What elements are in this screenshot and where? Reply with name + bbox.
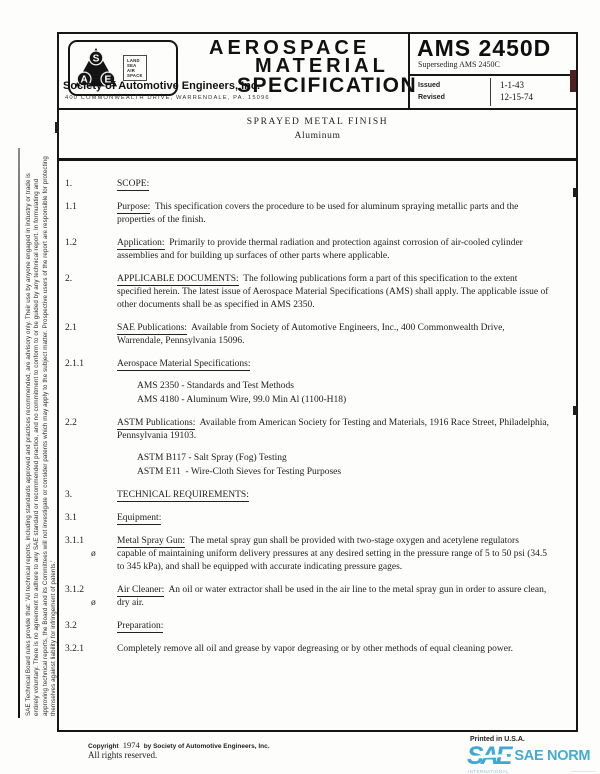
section-heading: Aerospace Material Specifications: [117, 359, 250, 371]
sae-norm-watermark: SAE SAE NORM INTERNATIONAL ————— [467, 744, 597, 774]
section-heading: TECHNICAL REQUIREMENTS: [117, 490, 249, 502]
section-number: 3.2.1 [65, 643, 117, 656]
section-content: Purpose: This specification covers the p… [117, 201, 550, 227]
copyright-year: 1974 [123, 740, 140, 750]
section-content: Completely remove all oil and grease by … [117, 643, 550, 656]
sae-norm-text: SAE NORM [514, 748, 590, 764]
document-title: SPRAYED METAL FINISH [59, 117, 576, 127]
superseding-note: Superseding AMS 2450C [418, 60, 500, 69]
section-content: APPLICABLE DOCUMENTS: The following publ… [117, 273, 550, 312]
issue-revision-box: Issued 1-1-43 Revised 12-15-74 [410, 74, 576, 108]
section-number: 2. [65, 273, 117, 312]
document-frame: S A E LAND SEA AIR SPACE AEROSPACE MATER… [57, 32, 578, 732]
section-content: ASTM Publications: Available from Americ… [117, 417, 550, 479]
issue-divider [490, 78, 491, 106]
section-heading: Metal Spray Gun: [117, 536, 185, 548]
spec-section: 3.2.1Completely remove all oil and greas… [65, 643, 576, 656]
rights-reserved: All rights reserved. [88, 750, 157, 760]
copyright-line: Copyright1974by Society of Automotive En… [88, 740, 270, 750]
body-sections: 1.SCOPE:1.1Purpose: This specification c… [59, 176, 576, 666]
section-number: 2.2 [65, 417, 117, 479]
copyright-pre: Copyright [88, 743, 119, 750]
revision-marker: ø [91, 548, 96, 561]
society-name: Society of Automotive Engineers, Inc. [63, 80, 260, 92]
spec-section: 1.2Application: Primarily to provide the… [65, 237, 576, 263]
section-content: Air Cleaner: An oil or water extractor s… [117, 584, 550, 610]
section-number: 1.1 [65, 201, 117, 227]
section-number: 1. [65, 178, 117, 191]
section-number: 2.1.1 [65, 358, 117, 407]
spec-section: 3.1.1øMetal Spray Gun: The metal spray g… [65, 535, 576, 574]
revised-value: 12-15-74 [500, 92, 533, 102]
section-heading: ASTM Publications: [117, 418, 195, 430]
revised-label: Revised [418, 94, 445, 101]
section-number: 1.2 [65, 237, 117, 263]
section-heading: SCOPE: [117, 179, 149, 191]
spec-section: 3.2Preparation: [65, 620, 576, 633]
reference-item: ASTM E11 - Wire-Cloth Sieves for Testing… [137, 466, 550, 480]
section-number: 3. [65, 489, 117, 502]
section-content: SAE Publications: Available from Society… [117, 322, 550, 348]
reference-item: ASTM B117 - Salt Spray (Fog) Testing [137, 452, 550, 466]
copyright-post: by Society of Automotive Engineers, Inc. [144, 743, 270, 750]
section-number: 2.1 [65, 322, 117, 348]
section-content: SCOPE: [117, 178, 550, 191]
section-content: Metal Spray Gun: The metal spray gun sha… [117, 535, 550, 574]
section-heading: Air Cleaner: [117, 585, 164, 597]
spec-section: 2.APPLICABLE DOCUMENTS: The following pu… [65, 273, 576, 312]
section-content: Application: Primarily to provide therma… [117, 237, 550, 263]
scan-artifact-rule [18, 148, 20, 718]
reference-item: AMS 2350 - Standards and Test Methods [137, 380, 550, 394]
section-heading: Preparation: [117, 621, 163, 633]
border-speckle [573, 406, 577, 415]
section-content: TECHNICAL REQUIREMENTS: [117, 489, 550, 502]
spec-section: 3.1Equipment: [65, 512, 576, 525]
reference-list: ASTM B117 - Salt Spray (Fog) TestingASTM… [137, 452, 550, 479]
issued-label: Issued [418, 82, 440, 89]
section-heading: APPLICABLE DOCUMENTS: [117, 274, 239, 286]
svg-text:S: S [93, 54, 100, 65]
spec-section: 3.TECHNICAL REQUIREMENTS: [65, 489, 576, 502]
spec-section: 3.1.2øAir Cleaner: An oil or water extra… [65, 584, 576, 610]
spec-section: 2.2ASTM Publications: Available from Ame… [65, 417, 576, 479]
doc-number-box: AMS 2450D Superseding AMS 2450C Issued 1… [408, 34, 576, 108]
society-address: 400 COMMONWEALTH DRIVE, WARRENDALE, PA. … [65, 95, 270, 101]
section-number: 3.1 [65, 512, 117, 525]
header: S A E LAND SEA AIR SPACE AEROSPACE MATER… [59, 34, 576, 110]
spec-section: 1.SCOPE: [65, 178, 576, 191]
spec-section: 2.1SAE Publications: Available from Soci… [65, 322, 576, 348]
issued-value: 1-1-43 [500, 80, 524, 90]
section-heading: Application: [117, 238, 165, 250]
reference-list: AMS 2350 - Standards and Test MethodsAMS… [137, 380, 550, 407]
reference-item: AMS 4180 - Aluminum Wire, 99.0 Min Al (1… [137, 394, 550, 408]
spec-section: 2.1.1Aerospace Material Specifications:A… [65, 358, 576, 407]
section-heading: Purpose: [117, 202, 150, 214]
title-block: SPRAYED METAL FINISH Aluminum [59, 108, 576, 161]
watermark-sub-right: ————— [572, 769, 597, 774]
doc-number: AMS 2450D [417, 35, 551, 62]
section-heading: SAE Publications: [117, 323, 187, 335]
border-speckle [55, 122, 59, 133]
revision-marker: ø [91, 597, 96, 610]
logo-service-words: LAND SEA AIR SPACE [123, 55, 147, 82]
section-number: 3.2 [65, 620, 117, 633]
document-subtitle: Aluminum [59, 131, 576, 141]
sae-board-disclaimer: SAE Technical Board rules provide that: … [25, 154, 59, 716]
spec-section: 1.1Purpose: This specification covers th… [65, 201, 576, 227]
border-speckle [573, 188, 577, 197]
section-content: Preparation: [117, 620, 550, 633]
section-heading: Equipment: [117, 513, 161, 525]
section-content: Equipment: [117, 512, 550, 525]
right-edge-mark [570, 70, 576, 92]
sae-norm-logo-icon: SAE [467, 744, 509, 768]
section-content: Aerospace Material Specifications:AMS 23… [117, 358, 550, 407]
